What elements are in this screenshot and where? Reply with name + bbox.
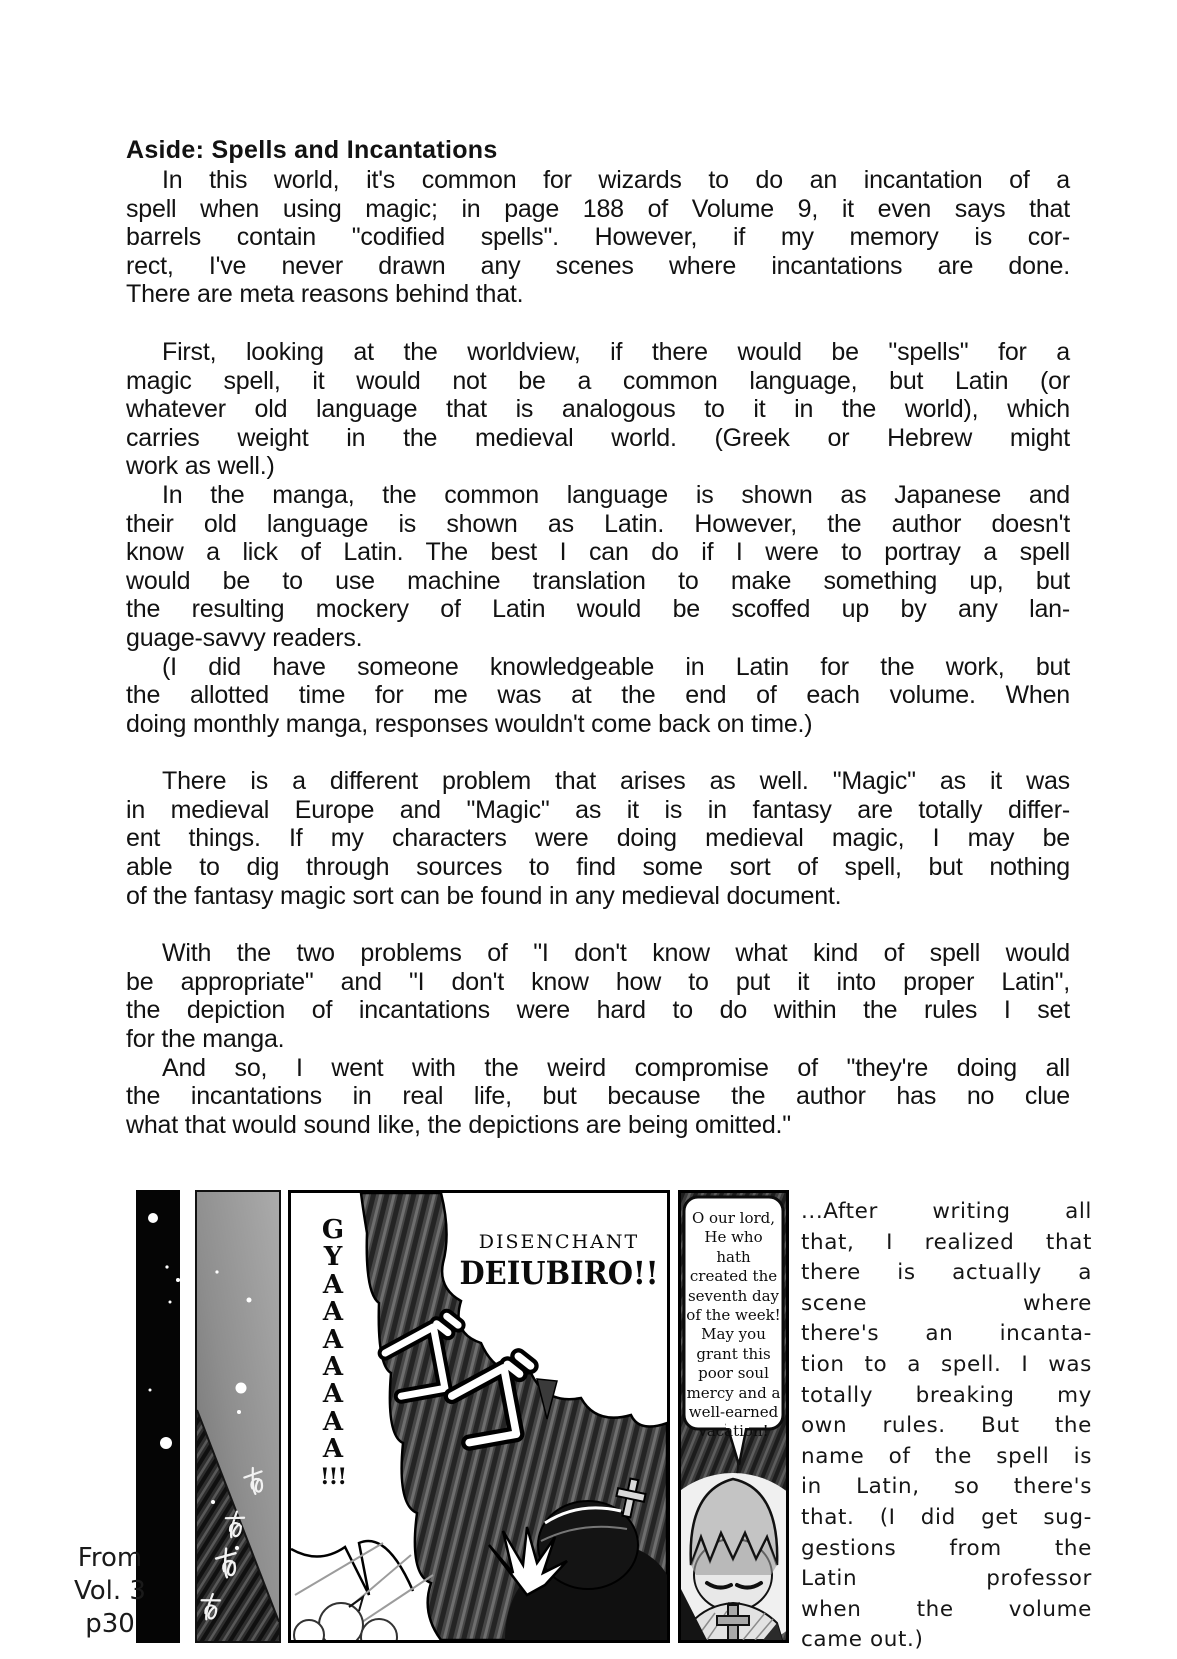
- panel-disenchant-action: GYAAAAAAA!!! DISENCHANT DEIUBIRO!!: [288, 1190, 670, 1643]
- spell-caption: DISENCHANT DEIUBIRO!!: [459, 1231, 659, 1290]
- text-line: (I did have someone knowledgeable in Lat…: [126, 653, 1070, 682]
- source-note-line: p30: [42, 1608, 178, 1641]
- text-line: able to dig through sources to find some…: [126, 853, 1070, 882]
- text-line: in medieval Europe and "Magic" as it is …: [126, 796, 1070, 825]
- cloud-spike: [591, 1369, 611, 1403]
- handwritten-line: name of the spell is: [801, 1442, 1092, 1473]
- handwritten-line: in Latin, so there's: [801, 1472, 1092, 1503]
- body-paragraph: First, looking at the worldview, if ther…: [126, 338, 1070, 481]
- scream-letter: A: [313, 1381, 353, 1408]
- star-dot: [215, 1270, 218, 1273]
- bubble-line: He who hath: [686, 1228, 781, 1267]
- scream-letter: !!!: [313, 1464, 353, 1491]
- cloud-spike: [489, 1311, 513, 1351]
- scream-letter: Y: [313, 1244, 353, 1271]
- handwritten-line: that. (I did get sug-: [801, 1503, 1092, 1534]
- body-paragraph: There is a different problem that arises…: [126, 767, 1070, 910]
- text-line: In this world, it's common for wizards t…: [126, 166, 1070, 195]
- text-line: doing monthly manga, responses wouldn't …: [126, 710, 1070, 739]
- text-line: whatever old language that is analogous …: [126, 395, 1070, 424]
- bubble-line: May you: [686, 1325, 781, 1344]
- text-line: what that would sound like, the depictio…: [126, 1111, 1070, 1140]
- spell-label: DISENCHANT: [459, 1231, 659, 1253]
- mist-illustration: [197, 1192, 279, 1641]
- prayer-bubble-text: O our lord,He who hathcreated theseventh…: [686, 1209, 781, 1442]
- text-line: know a lick of Latin. The best I can do …: [126, 538, 1070, 567]
- scream-letter: G: [313, 1217, 353, 1244]
- handwritten-line: scene where: [801, 1289, 1092, 1320]
- text-line: There is a different problem that arises…: [126, 767, 1070, 796]
- text-line: would be to use machine translation to m…: [126, 567, 1070, 596]
- page-title: Aside: Spells and Incantations: [126, 136, 1070, 165]
- bubble-line: well-earned: [686, 1403, 781, 1422]
- body-paragraph: And so, I went with the weird compromise…: [126, 1054, 1070, 1140]
- star-dot: [176, 1278, 180, 1282]
- source-note-line: From: [42, 1542, 178, 1575]
- scream-text: GYAAAAAAA!!!: [313, 1217, 353, 1491]
- burst-cloud: [361, 1619, 397, 1640]
- handwritten-line: there's an incanta-: [801, 1319, 1092, 1350]
- handwritten-line: Latin professor: [801, 1564, 1092, 1595]
- bubble-line: poor soul: [686, 1364, 781, 1383]
- star-dot: [160, 1437, 172, 1449]
- handwritten-line: totally breaking my: [801, 1381, 1092, 1412]
- burst-cloud: [319, 1603, 363, 1640]
- handwritten-line: gestions from the: [801, 1534, 1092, 1565]
- text-line: In the manga, the common language is sho…: [126, 481, 1070, 510]
- bubble-line: of the week!: [686, 1306, 781, 1325]
- bubble-line: O our lord,: [686, 1209, 781, 1228]
- text-line: There are meta reasons behind that.: [126, 280, 1070, 309]
- text-line: the incantations in real life, but becau…: [126, 1082, 1070, 1111]
- bubble-line: seventh day: [686, 1287, 781, 1306]
- text-line: the depiction of incantations were hard …: [126, 996, 1070, 1025]
- handwritten-line: there is actually a: [801, 1258, 1092, 1289]
- body-paragraph: In this world, it's common for wizards t…: [126, 166, 1070, 309]
- body-paragraph: With the two problems of "I don't know w…: [126, 939, 1070, 1053]
- text-line: be appropriate" and "I don't know how to…: [126, 968, 1070, 997]
- text-line: magic spell, it would not be a common la…: [126, 367, 1070, 396]
- handwritten-line: ...After writing all: [801, 1197, 1092, 1228]
- scream-letter: A: [313, 1354, 353, 1381]
- scream-letter: A: [313, 1409, 353, 1436]
- source-note: FromVol. 3p30: [42, 1542, 178, 1641]
- star-dot: [237, 1410, 241, 1414]
- text-line: for the manga.: [126, 1025, 1070, 1054]
- article-body: In this world, it's common for wizards t…: [126, 166, 1070, 1139]
- star-dot: [149, 1389, 152, 1392]
- body-paragraph: (I did have someone knowledgeable in Lat…: [126, 653, 1070, 739]
- star-dot: [169, 1301, 172, 1304]
- aside-article: Aside: Spells and Incantations In this w…: [126, 136, 1070, 1139]
- text-line: rect, I've never drawn any scenes where …: [126, 252, 1070, 281]
- body-paragraph: In the manga, the common language is sho…: [126, 481, 1070, 653]
- handwritten-line: when the volume: [801, 1595, 1092, 1626]
- text-line: work as well.): [126, 452, 1070, 481]
- bubble-line: grant this: [686, 1345, 781, 1364]
- text-line: carries weight in the medieval world. (G…: [126, 424, 1070, 453]
- panel-priest: O our lord,He who hathcreated theseventh…: [678, 1190, 789, 1643]
- handwritten-line: tion to a spell. I was: [801, 1350, 1092, 1381]
- scream-letter: A: [313, 1436, 353, 1463]
- handwritten-line: that, I realized that: [801, 1228, 1092, 1259]
- star-dot: [235, 1546, 239, 1550]
- star-dot: [236, 1383, 247, 1394]
- scream-letter: A: [313, 1299, 353, 1326]
- bubble-line: mercy and a: [686, 1384, 781, 1403]
- handwritten-line: came out.): [801, 1625, 1092, 1656]
- text-line: spell when using magic; in page 188 of V…: [126, 195, 1070, 224]
- text-line: their old language is shown as Latin. Ho…: [126, 510, 1070, 539]
- text-line: guage-savvy readers.: [126, 624, 1070, 653]
- star-dot: [165, 1265, 168, 1268]
- text-line: ent things. If my characters were doing …: [126, 824, 1070, 853]
- text-line: of the fantasy magic sort can be found i…: [126, 882, 1070, 911]
- star-dot: [247, 1298, 252, 1303]
- star-dot: [148, 1213, 158, 1223]
- star-dot: [211, 1500, 215, 1504]
- scream-letter: A: [313, 1327, 353, 1354]
- handwritten-line: own rules. But the: [801, 1411, 1092, 1442]
- bubble-line: created the: [686, 1267, 781, 1286]
- bubble-line: vacation!: [686, 1422, 781, 1441]
- spell-name: DEIUBIRO!!: [459, 1255, 659, 1292]
- text-line: And so, I went with the weird compromise…: [126, 1054, 1070, 1083]
- text-line: the resulting mockery of Latin would be …: [126, 595, 1070, 624]
- handwritten-note: ...After writing allthat, I realized tha…: [801, 1197, 1092, 1656]
- source-note-line: Vol. 3: [42, 1575, 178, 1608]
- panel-starfield-grey: [195, 1190, 281, 1643]
- burst-cloud: [294, 1620, 324, 1640]
- text-line: the allotted time for me was at the end …: [126, 681, 1070, 710]
- text-line: barrels contain "codified spells". Howev…: [126, 223, 1070, 252]
- scream-letter: A: [313, 1272, 353, 1299]
- text-line: First, looking at the worldview, if ther…: [126, 338, 1070, 367]
- text-line: With the two problems of "I don't know w…: [126, 939, 1070, 968]
